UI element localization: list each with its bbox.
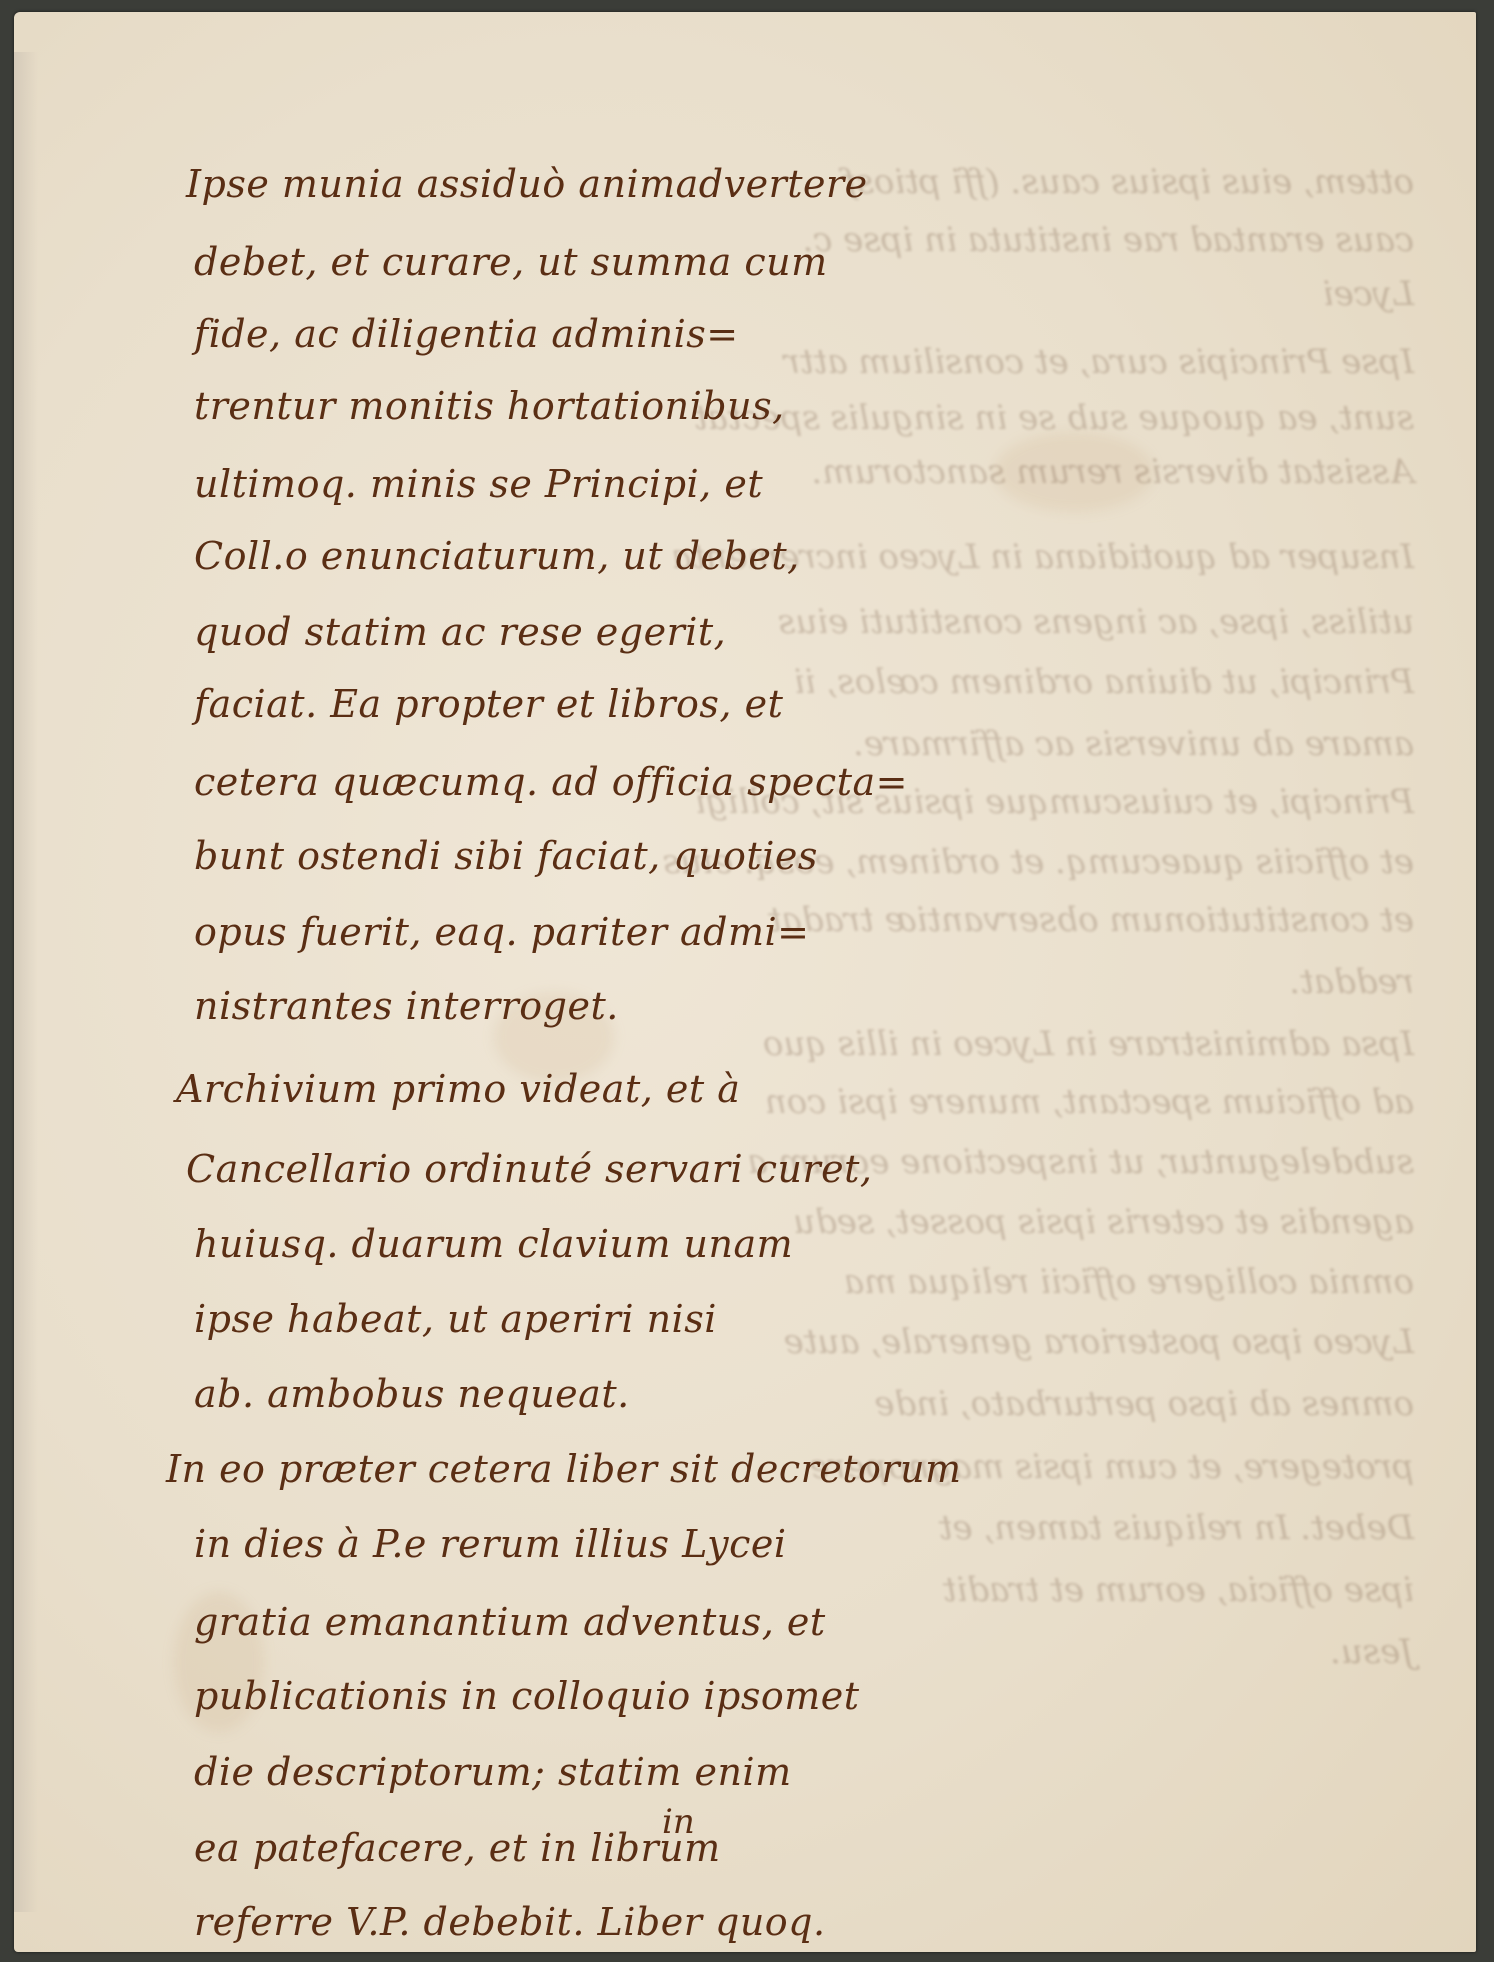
text-line: Coll.o enunciaturum, ut debet, [194, 534, 800, 578]
text-line: in dies à P.e rerum illius Lycei [194, 1522, 787, 1566]
text-line: gratia emanantium adventus, et [194, 1600, 826, 1644]
text-line: trentur monitis hortationibus, [194, 384, 785, 428]
text-line: referre V.P. debebit. Liber quoq. [194, 1900, 826, 1944]
text-line: nistrantes interroget. [194, 984, 619, 1028]
text-line: ea patefacere, et in librum [194, 1826, 721, 1870]
text-line: Ipse munia assiduò animadvertere [186, 162, 868, 206]
text-line: die descriptorum; statim enim [194, 1750, 792, 1794]
text-line: In eo præter cetera liber sit decretorum [166, 1447, 962, 1491]
text-line: ipse habeat, ut aperiri nisi [194, 1297, 717, 1341]
text-line: opus fuerit, eaq. pariter admi= [194, 910, 809, 954]
text-line: debet, et curare, ut summa cum [194, 240, 828, 284]
text-line: faciat. Ea propter et libros, et [194, 682, 783, 726]
text-line: fide, ac diligentia adminis= [194, 312, 739, 356]
text-line: quod statim ac rese egerit, [194, 610, 726, 654]
manuscript-page: ottem, eius ipsius caus. (ffi ptiosf cau… [14, 12, 1476, 1952]
text-line: cetera quæcumq. ad officia specta= [194, 760, 908, 804]
text-line: Archivium primo videat, et à [176, 1067, 740, 1111]
text-line: huiusq. duarum clavium unam [194, 1222, 793, 1266]
text-line: ultimoq. minis se Principi, et [194, 462, 763, 506]
text-line: ab. ambobus nequeat. [194, 1372, 630, 1416]
catchword: in [662, 1802, 695, 1842]
text-line: bunt ostendi sibi faciat, quoties [194, 834, 818, 878]
text-line: Cancellario ordinuté servari curet, [186, 1147, 872, 1191]
text-line: publicationis in colloquio ipsomet [194, 1674, 860, 1718]
